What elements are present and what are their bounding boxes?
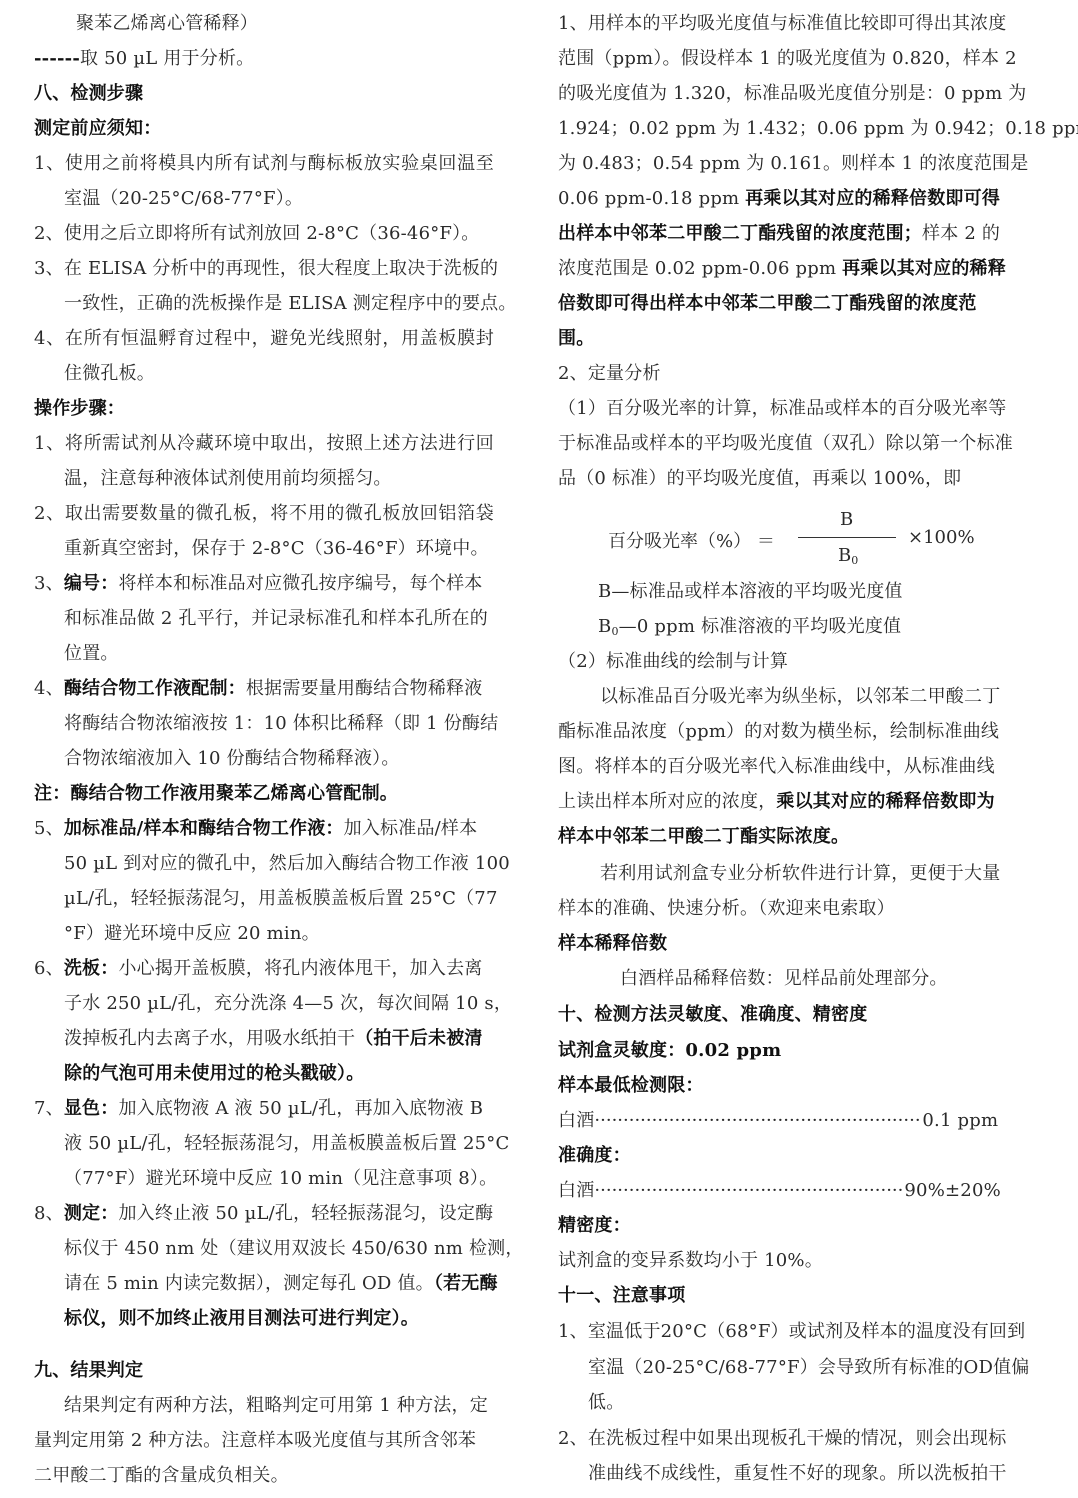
- bold-text: 再乘以其对应的稀释: [842, 258, 1006, 279]
- dash-marker: ------: [34, 48, 80, 69]
- formula-multiplier: ×100%: [908, 527, 975, 548]
- text-span: 0.06 ppm-0.18 ppm: [558, 188, 745, 209]
- text-line: 低。: [588, 1391, 624, 1415]
- text-line: 位置。: [64, 642, 119, 666]
- text-line: 泼掉板孔内去离子水，用吸水纸拍干（拍干后未被清: [64, 1027, 483, 1051]
- text-line: 的吸光度值为 1.320，标准品吸光度值分别是：0 ppm 为: [558, 82, 1026, 106]
- text-line: 1、室温低于20°C（68°F）或试剂及样本的温度没有回到: [558, 1320, 1025, 1344]
- text-line: ------取 50 µL 用于分析。: [34, 47, 254, 71]
- text-span: 3、: [34, 573, 64, 594]
- text-line: （1）百分吸光率的计算，标准品或样本的百分吸光率等: [558, 397, 1006, 421]
- percent-absorbance-formula: 百分吸光率（%） ＝ B B0 ×100%: [558, 505, 1018, 575]
- text-line: 1、用样本的平均吸光度值与标准值比较即可得出其浓度: [558, 12, 1006, 36]
- bold-label: 加标准品/样本和酶结合物工作液：: [64, 818, 344, 839]
- leader-dots: ········································…: [594, 1109, 922, 1133]
- subsection-title: 准确度：: [558, 1144, 631, 1168]
- text-line: 酯标准品浓度（ppm）的对数为横坐标，绘制标准曲线: [558, 720, 999, 744]
- text-line: 3、在 ELISA 分析中的再现性，很大程度上取决于洗板的: [34, 257, 494, 281]
- section-title: 八、检测步骤: [34, 82, 143, 106]
- text-span: —0 ppm 标准溶液的平均吸光度值: [619, 616, 902, 637]
- text-span: 样本 2 的: [922, 223, 1000, 244]
- subsection-title: 2、定量分析: [558, 362, 661, 386]
- text-line: 一致性，正确的洗板操作是 ELISA 测定程序中的要点。: [64, 292, 517, 316]
- text-line: （77°F）避光环境中反应 10 min（见注意事项 8）。: [64, 1167, 497, 1191]
- text-line: 4、酶结合物工作液配制：根据需要量用酶结合物稀释液: [34, 677, 482, 701]
- text-line: 试剂盒的变异系数均小于 10%。: [558, 1249, 823, 1273]
- text-line: 二甲酸二丁酯的含量成负相关。: [34, 1464, 289, 1488]
- lod-value: 0.1 ppm: [922, 1110, 998, 1131]
- text-span: 小心揭开盖板膜，将孔内液体甩干，加入去离: [118, 958, 482, 979]
- text-line: 2、使用之后立即将所有试剂放回 2-8°C（36-46°F）。: [34, 222, 480, 246]
- text-line: 图。将样本的百分吸光率代入标准曲线中，从标准曲线: [558, 755, 995, 779]
- bold-text: （若无酶: [434, 1273, 498, 1294]
- text-span: 加入底物液 A 液 50 µL/孔，再加入底物液 B: [118, 1098, 483, 1119]
- formula-denominator: B0: [838, 545, 858, 567]
- text-line: 品（0 标准）的平均吸光度值，再乘以 100%，即: [558, 467, 961, 491]
- lod-row: 白酒······································…: [558, 1109, 998, 1133]
- bold-label: 洗板：: [64, 958, 119, 979]
- subsection-title: 样本最低检测限：: [558, 1074, 704, 1098]
- definition-line: B0—0 ppm 标准溶液的平均吸光度值: [598, 615, 901, 639]
- text-span: 4、: [34, 678, 64, 699]
- text-line: 倍数即可得出样本中邻苯二甲酸二丁酯残留的浓度范: [558, 292, 977, 316]
- text-line: 上读出样本所对应的浓度，乘以其对应的稀释倍数即为: [558, 790, 995, 814]
- text-line: 围。: [558, 327, 594, 351]
- text-span: 泼掉板孔内去离子水，用吸水纸拍干: [64, 1028, 355, 1049]
- text-span: 白酒: [558, 1110, 594, 1131]
- text-span: 8、: [34, 1203, 64, 1224]
- text-line: 和标准品做 2 孔平行，并记录标准孔和样本孔所在的: [64, 607, 488, 631]
- text-line: 2、在洗板过程中如果出现板孔干燥的情况，则会出现标: [558, 1427, 1006, 1451]
- bold-label: 编号：: [64, 573, 119, 594]
- text-line: 住微孔板。: [64, 362, 155, 386]
- text-line: 温，注意每种液体试剂使用前均须摇匀。: [64, 467, 392, 491]
- text-line: 5、加标准品/样本和酶结合物工作液：加入标准品/样本: [34, 817, 477, 841]
- sensitivity-line: 试剂盒灵敏度：0.02 ppm: [558, 1039, 781, 1063]
- text-span: 将样本和标准品对应微孔按序编号，每个样本: [118, 573, 482, 594]
- note-line: 注：酶结合物工作液用聚苯乙烯离心管配制。: [34, 782, 398, 806]
- text-line: 0.06 ppm-0.18 ppm 再乘以其对应的稀释倍数即可得: [558, 187, 1000, 211]
- text-line: 浓度范围是 0.02 ppm-0.06 ppm 再乘以其对应的稀释: [558, 257, 1006, 281]
- text-line: 准曲线不成线性，重复性不好的现象。所以洗板拍干: [588, 1462, 1007, 1486]
- text-line: 1、使用之前将模具内所有试剂与酶标板放实验桌回温至: [34, 152, 494, 176]
- text-line: 于标准品或样本的平均吸光度值（双孔）除以第一个标准: [558, 432, 1013, 456]
- section-title: 九、结果判定: [34, 1359, 143, 1383]
- text-line: 量判定用第 2 种方法。注意样本吸光度值与其所含邻苯: [34, 1429, 476, 1453]
- formula-label: 百分吸光率（%） ＝: [608, 527, 775, 553]
- accuracy-row: 白酒······································…: [558, 1179, 1001, 1203]
- text-line: 4、在所有恒温孵育过程中，避免光线照射，用盖板膜封: [34, 327, 494, 351]
- bold-label: 酶结合物工作液配制：: [64, 678, 246, 699]
- text-line: 样本的准确、快速分析。（欢迎来电索取）: [558, 897, 895, 921]
- text-line: 除的气泡可用未使用过的枪头戳破）。: [64, 1062, 364, 1086]
- section-title: 十一、注意事项: [558, 1284, 685, 1308]
- fraction-bar: [798, 537, 896, 538]
- subsection-title: 样本稀释倍数: [558, 932, 667, 956]
- text-span: 7、: [34, 1098, 64, 1119]
- text-line: 将酶结合物浓缩液按 1：10 体积比稀释（即 1 份酶结: [64, 712, 498, 736]
- bold-label: 显色：: [64, 1098, 119, 1119]
- text-line: 出样本中邻苯二甲酸二丁酯残留的浓度范围；样本 2 的: [558, 222, 1000, 246]
- text-line: 3、编号：将样本和标准品对应微孔按序编号，每个样本: [34, 572, 482, 596]
- bold-text: 出样本中邻苯二甲酸二丁酯残留的浓度范围；: [558, 223, 922, 244]
- text-span: 白酒: [558, 1180, 594, 1201]
- subsection-title: 操作步骤：: [34, 397, 125, 421]
- subscript: 0: [611, 625, 618, 638]
- text-span: B: [838, 545, 851, 566]
- text-span: 浓度范围是 0.02 ppm-0.06 ppm: [558, 258, 842, 279]
- text-span: 根据需要量用酶结合物稀释液: [246, 678, 483, 699]
- text-span: 加入标准品/样本: [344, 818, 478, 839]
- text-line: °F）避光环境中反应 20 min。: [64, 922, 320, 946]
- text-span: 加入终止液 50 µL/孔，轻轻振荡混匀，设定酶: [118, 1203, 493, 1224]
- text-line: 合物浓缩液加入 10 份酶结合物稀释液）。: [64, 747, 400, 771]
- text-line: 6、洗板：小心揭开盖板膜，将孔内液体甩干，加入去离: [34, 957, 482, 981]
- text-line: 1、将所需试剂从冷藏环境中取出，按照上述方法进行回: [34, 432, 494, 456]
- text-span: 取 50 µL 用于分析。: [80, 48, 254, 69]
- text-line: 标仪，则不加终止液用目测法可进行判定）。: [64, 1307, 419, 1331]
- text-line: 结果判定有两种方法，粗略判定可用第 1 种方法，定: [64, 1394, 488, 1418]
- text-span: 上读出样本所对应的浓度，: [558, 791, 776, 812]
- text-line: 1.924；0.02 ppm 为 1.432；0.06 ppm 为 0.942；…: [558, 117, 1078, 141]
- text-line: 请在 5 min 内读完数据），测定每孔 OD 值。（若无酶: [64, 1272, 498, 1296]
- text-line: 以标准品百分吸光率为纵坐标，以邻苯二甲酸二丁: [600, 685, 1000, 709]
- text-line: 重新真空密封，保存于 2-8°C（36-46°F）环境中。: [64, 537, 489, 561]
- text-line: 样本中邻苯二甲酸二丁酯实际浓度。: [558, 825, 849, 849]
- accuracy-value: 90%±20%: [904, 1180, 1001, 1201]
- subscript: 0: [851, 554, 858, 567]
- bold-text: 再乘以其对应的稀释倍数即可得: [745, 188, 1000, 209]
- text-line: 标仪于 450 nm 处（建议用双波长 450/630 nm 检测，: [64, 1237, 524, 1261]
- subsection-title: （2）标准曲线的绘制与计算: [558, 650, 788, 674]
- text-span: B: [598, 616, 611, 637]
- section-title: 十、检测方法灵敏度、准确度、精密度: [558, 1003, 867, 1027]
- definition-line: B—标准品或样本溶液的平均吸光度值: [598, 580, 903, 604]
- text-span: 5、: [34, 818, 64, 839]
- text-span: 请在 5 min 内读完数据），测定每孔 OD 值。: [64, 1273, 434, 1294]
- bold-label: 测定：: [64, 1203, 119, 1224]
- text-line: 室温（20-25°C/68-77°F）会导致所有标准的OD值偏: [588, 1356, 1030, 1380]
- text-line: µL/孔，轻轻振荡混匀，用盖板膜盖板后置 25°C（77: [64, 887, 498, 911]
- text-line: 白酒样品稀释倍数：见样品前处理部分。: [620, 967, 948, 991]
- text-line: 液 50 µL/孔，轻轻振荡混匀，用盖板膜盖板后置 25°C: [64, 1132, 509, 1156]
- text-line: 50 µL 到对应的微孔中，然后加入酶结合物工作液 100: [64, 852, 510, 876]
- text-line: 范围（ppm）。假设样本 1 的吸光度值为 0.820，样本 2: [558, 47, 1017, 71]
- bold-text: 乘以其对应的稀释倍数即为: [776, 791, 994, 812]
- text-line: 为 0.483；0.54 ppm 为 0.161。则样本 1 的浓度范围是: [558, 152, 1028, 176]
- text-line: 子水 250 µL/孔，充分洗涤 4—5 次，每次间隔 10 s，: [64, 992, 512, 1016]
- formula-numerator: B: [840, 509, 853, 530]
- leader-dots: ········································…: [594, 1179, 904, 1203]
- text-line: 聚苯乙烯离心管稀释）: [76, 12, 258, 36]
- text-line: 室温（20-25°C/68-77°F）。: [64, 187, 303, 211]
- text-line: 2、取出需要数量的微孔板，将不用的微孔板放回铝箔袋: [34, 502, 494, 526]
- subsection-title: 测定前应须知：: [34, 117, 161, 141]
- text-line: 7、显色：加入底物液 A 液 50 µL/孔，再加入底物液 B: [34, 1097, 483, 1121]
- text-line: 若利用试剂盒专业分析软件进行计算，更便于大量: [600, 862, 1000, 886]
- text-line: 8、测定：加入终止液 50 µL/孔，轻轻振荡混匀，设定酶: [34, 1202, 493, 1226]
- text-span: 6、: [34, 958, 64, 979]
- subsection-title: 精密度：: [558, 1214, 631, 1238]
- bold-text: （拍干后未被清: [355, 1028, 482, 1049]
